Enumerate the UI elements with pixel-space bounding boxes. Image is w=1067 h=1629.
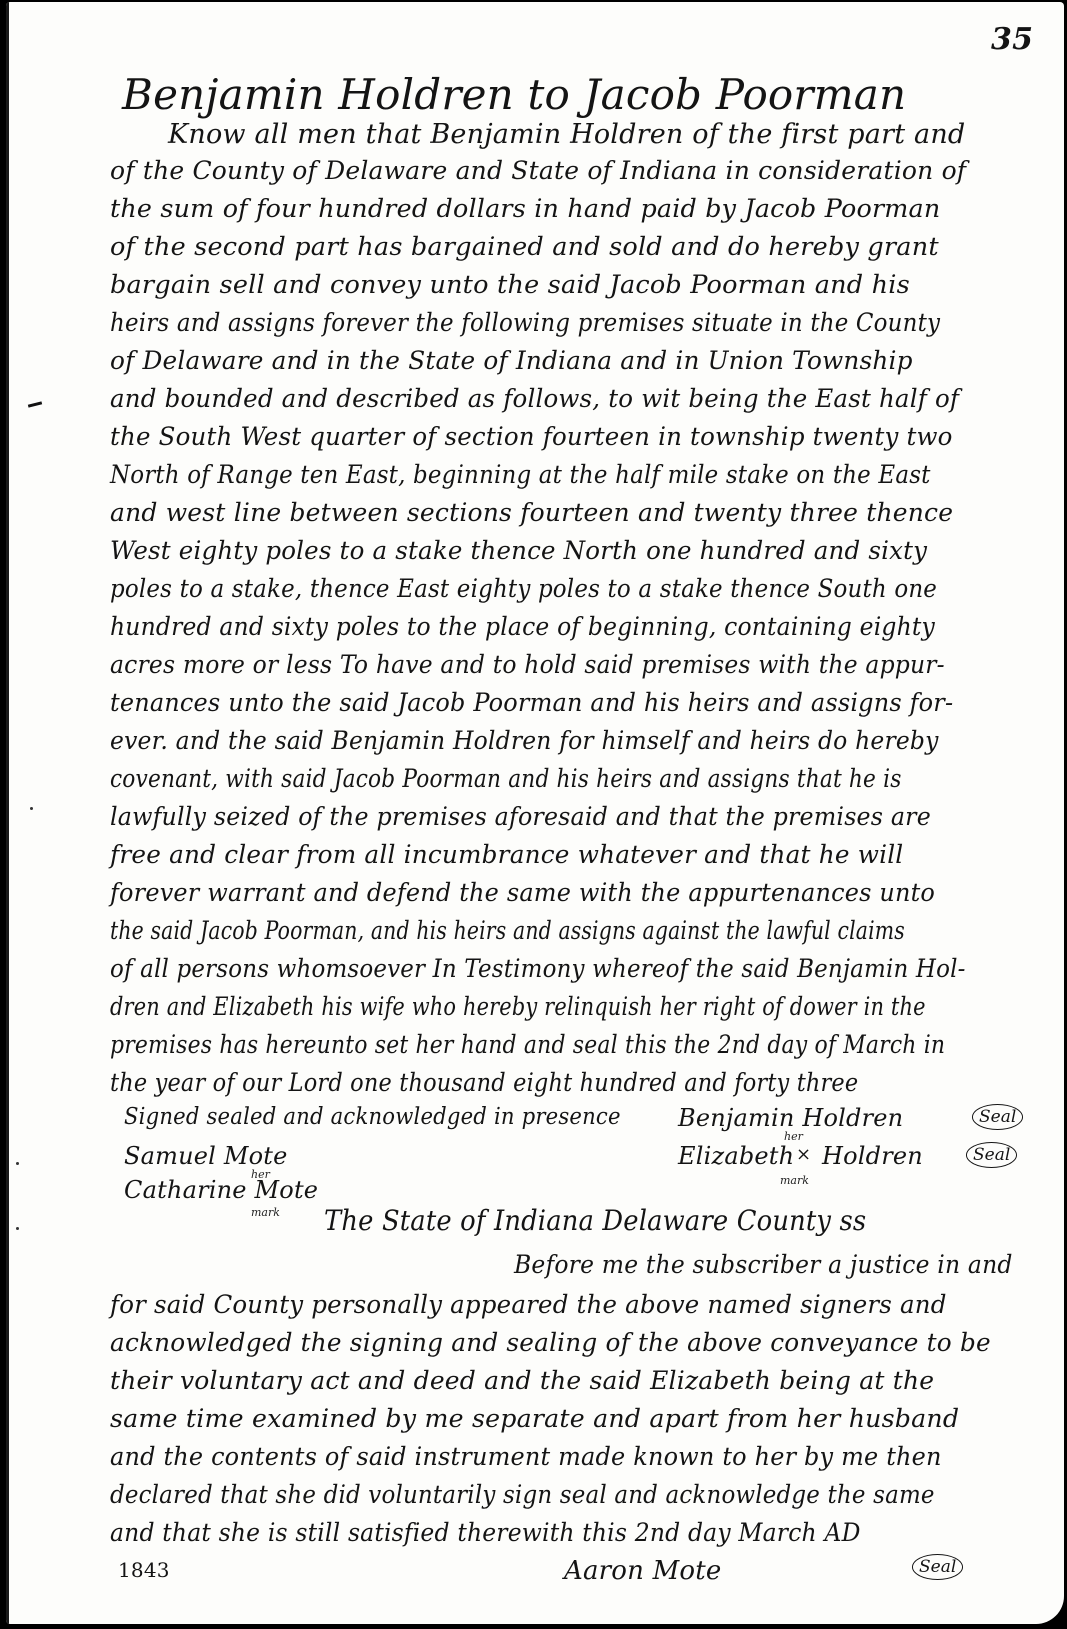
deed-line: and west line between sections fourteen … xyxy=(110,496,953,530)
grantor-signature: Benjamin Holdren xyxy=(678,1104,903,1132)
signature-x-mark: × xyxy=(796,1144,811,1165)
witness-mark-below: mark xyxy=(251,1206,280,1219)
seal-mark: Seal xyxy=(912,1554,963,1580)
deed-line: West eighty poles to a stake thence Nort… xyxy=(110,534,927,568)
deed-line: of the second part has bargained and sol… xyxy=(110,230,939,264)
grantor-mark-above: her xyxy=(784,1130,803,1143)
seal-mark: Seal xyxy=(966,1142,1017,1168)
deed-line: ever. and the said Benjamin Holdren for … xyxy=(110,724,939,758)
certificate-line: acknowledged the signing and sealing of … xyxy=(110,1326,991,1360)
deed-line: dren and Elizabeth his wife who hereby r… xyxy=(110,990,926,1024)
margin-tick-mark xyxy=(28,401,42,407)
deed-line: lawfully seized of the premises aforesai… xyxy=(110,800,931,834)
witness-signature: Samuel Mote xyxy=(124,1142,288,1170)
certificate-line: declared that she did voluntarily sign s… xyxy=(110,1478,935,1512)
certificate-year: 1843 xyxy=(118,1558,170,1582)
deed-line: North of Range ten East, beginning at th… xyxy=(110,458,931,492)
deed-line: poles to a stake, thence East eighty pol… xyxy=(110,572,937,606)
deed-line: of Delaware and in the State of Indiana … xyxy=(110,344,913,378)
deed-line: the sum of four hundred dollars in hand … xyxy=(110,192,940,226)
deed-line: the said Jacob Poorman, and his heirs an… xyxy=(110,914,905,948)
certificate-line: Before me the subscriber a justice in an… xyxy=(514,1248,1013,1282)
certificate-heading: The State of Indiana Delaware County ss xyxy=(324,1204,866,1237)
deed-line: tenances unto the said Jacob Poorman and… xyxy=(110,686,953,720)
deed-line: covenant, with said Jacob Poorman and hi… xyxy=(110,762,902,796)
deed-line: free and clear from all incumbrance what… xyxy=(110,838,903,872)
witness-signature: Catharine Mote xyxy=(124,1176,318,1204)
deed-line: of all persons whomsoever In Testimony w… xyxy=(110,952,966,986)
deed-line: Know all men that Benjamin Holdren of th… xyxy=(168,118,965,152)
witness-mark-above: her xyxy=(251,1168,270,1181)
margin-dot xyxy=(30,807,33,810)
page-number: 35 xyxy=(991,22,1033,57)
deed-line: heirs and assigns forever the following … xyxy=(110,306,940,340)
deed-record-page: 35 Benjamin Holdren to Jacob Poorman Kno… xyxy=(6,2,1064,1624)
seal-mark: Seal xyxy=(972,1104,1023,1130)
justice-signature: Aaron Mote xyxy=(564,1556,721,1586)
deed-title: Benjamin Holdren to Jacob Poorman xyxy=(122,70,906,119)
deed-line: acres more or less To have and to hold s… xyxy=(110,648,945,682)
certificate-line: their voluntary act and deed and the sai… xyxy=(110,1364,934,1398)
certificate-line: and the contents of said instrument made… xyxy=(110,1440,942,1474)
margin-dot xyxy=(16,1162,19,1165)
deed-line: forever warrant and defend the same with… xyxy=(110,876,935,910)
deed-line: and bounded and described as follows, to… xyxy=(110,382,959,416)
certificate-line: for said County personally appeared the … xyxy=(110,1288,947,1322)
certificate-line: same time examined by me separate and ap… xyxy=(110,1402,959,1436)
deed-line: hundred and sixty poles to the place of … xyxy=(110,610,935,644)
deed-line: bargain sell and convey unto the said Ja… xyxy=(110,268,910,302)
deed-line: the year of our Lord one thousand eight … xyxy=(110,1066,858,1100)
grantor-signature-first: Elizabeth xyxy=(678,1142,794,1170)
grantor-signature-last: Holdren xyxy=(822,1142,923,1170)
attestation-label: Signed sealed and acknowledged in presen… xyxy=(124,1104,621,1130)
deed-line: of the County of Delaware and State of I… xyxy=(110,154,966,188)
deed-line: the South West quarter of section fourte… xyxy=(110,420,953,454)
grantor-mark-below: mark xyxy=(780,1174,809,1187)
certificate-line: and that she is still satisfied therewit… xyxy=(110,1516,861,1550)
margin-dot xyxy=(16,1227,19,1230)
deed-line: premises has hereunto set her hand and s… xyxy=(110,1028,945,1062)
